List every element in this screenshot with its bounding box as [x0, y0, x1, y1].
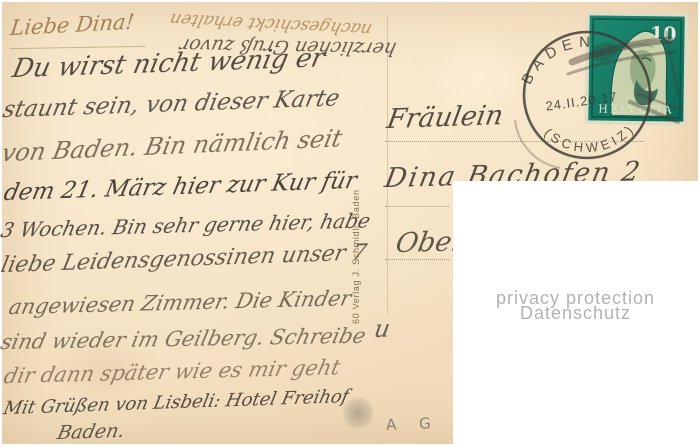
message-line: dir dann später wie es mir geht [2, 355, 343, 388]
privacy-overlay: privacy protection Datenschutz [453, 181, 698, 444]
address-line-fraulein: Fräulein [384, 100, 505, 135]
message-line: dem 21. März hier zur Kur für [1, 168, 359, 207]
address-ruled-line [385, 206, 449, 207]
embossed-seal-smudge [342, 397, 374, 429]
message-line: Mit Grüßen von Lisbeli: Hotel Freihof [2, 386, 351, 419]
pencil-note: A G [386, 414, 440, 434]
message-line: von Baden. Bin nämlich seit [0, 124, 345, 167]
message-line: sind wieder im Geilberg. Schreibe [0, 324, 368, 354]
postmark-date: 24.II.20.17 [545, 89, 619, 114]
message-line: staunt sein, von dieser Karte [0, 85, 342, 123]
postmark: BADEN (SCHWEIZ) 24.II.20.17 [502, 10, 700, 182]
privacy-overlay-text-de: Datenschutz [520, 306, 631, 321]
greeting-line: Liebe Dina! [9, 10, 135, 41]
publisher-imprint: 60 Verlag J. Schmidli, Baden [351, 98, 361, 324]
postcard-back: Liebe Dina! nachgeschickt erhalten herzl… [2, 2, 698, 444]
greeting-underline [10, 46, 146, 49]
address-ruled-line [385, 259, 449, 260]
message-line: 3 Wochen. Bin sehr gerne hier, habe [0, 208, 373, 242]
message-line: Du wirst nicht wenig er [10, 43, 328, 84]
message-line: angewiesen Zimmer. Die Kinder [7, 286, 354, 319]
message-signature-place: Baden. [55, 420, 127, 445]
message-line: liebe Leidensgenossinen unser 7 [0, 240, 369, 278]
address-line-fragment: u [372, 314, 392, 343]
